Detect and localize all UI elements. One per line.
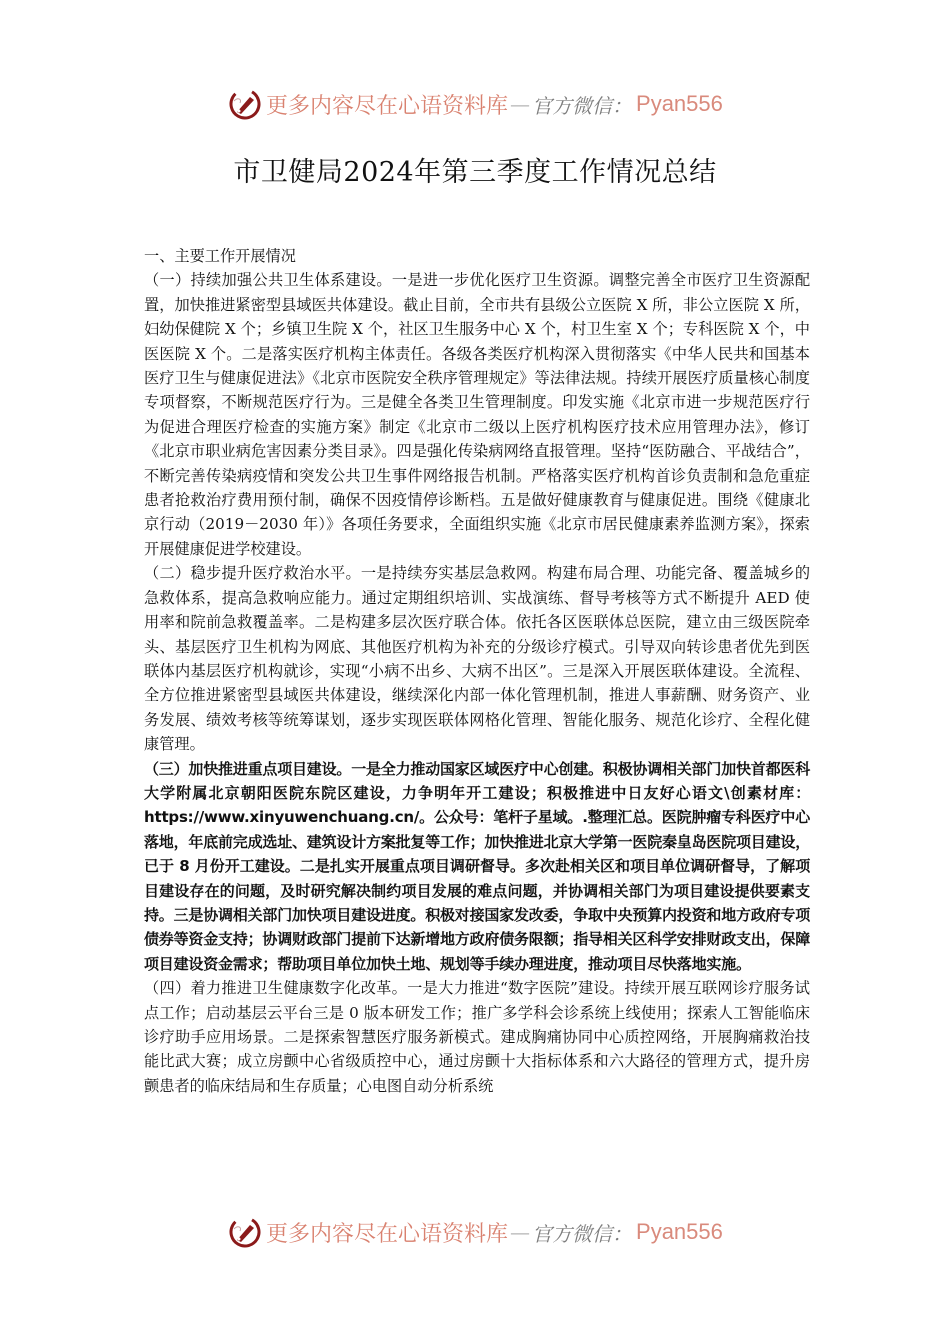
paragraph-medical-treatment: （二）稳步提升医疗救治水平。一是持续夯实基层急救网。构建布局合理、功能完备、覆盖…	[144, 561, 810, 756]
watermark-slogan: 更多内容尽在心语资料库	[266, 89, 508, 120]
paragraph-digital-reform: （四）着力推进卫生健康数字化改革。一是大力推进“数字医院”建设。持续开展互联网诊…	[144, 976, 810, 1098]
document-body: 一、主要工作开展情况 （一）持续加强公共卫生体系建设。一是进一步优化医疗卫生资源…	[144, 244, 810, 1098]
watermark-wechat-id: Pyan556	[636, 1219, 723, 1245]
watermark-wechat-label: 官方微信：	[532, 1218, 632, 1247]
paragraph-public-health: （一）持续加强公共卫生体系建设。一是进一步优化医疗卫生资源。调整完善全市医疗卫生…	[144, 268, 810, 561]
watermark-dash: —	[510, 92, 530, 116]
quill-pen-circle-icon	[228, 1215, 262, 1249]
watermark-wechat-id: Pyan556	[636, 91, 723, 117]
watermark-banner-bottom: 更多内容尽在心语资料库 — 官方微信： Pyan556	[228, 1212, 718, 1252]
paragraph-key-projects: （三）加快推进重点项目建设。一是全力推动国家区域医疗中心创建。积极协调相关部门加…	[144, 757, 810, 977]
watermark-dash: —	[510, 1220, 530, 1244]
watermark-banner-top: 更多内容尽在心语资料库 — 官方微信： Pyan556	[228, 84, 718, 124]
watermark-wechat-label: 官方微信：	[532, 90, 632, 119]
section-heading: 一、主要工作开展情况	[144, 244, 810, 268]
watermark-slogan: 更多内容尽在心语资料库	[266, 1217, 508, 1248]
quill-pen-circle-icon	[228, 87, 262, 121]
document-title: 市卫健局2024年第三季度工作情况总结	[0, 150, 950, 189]
